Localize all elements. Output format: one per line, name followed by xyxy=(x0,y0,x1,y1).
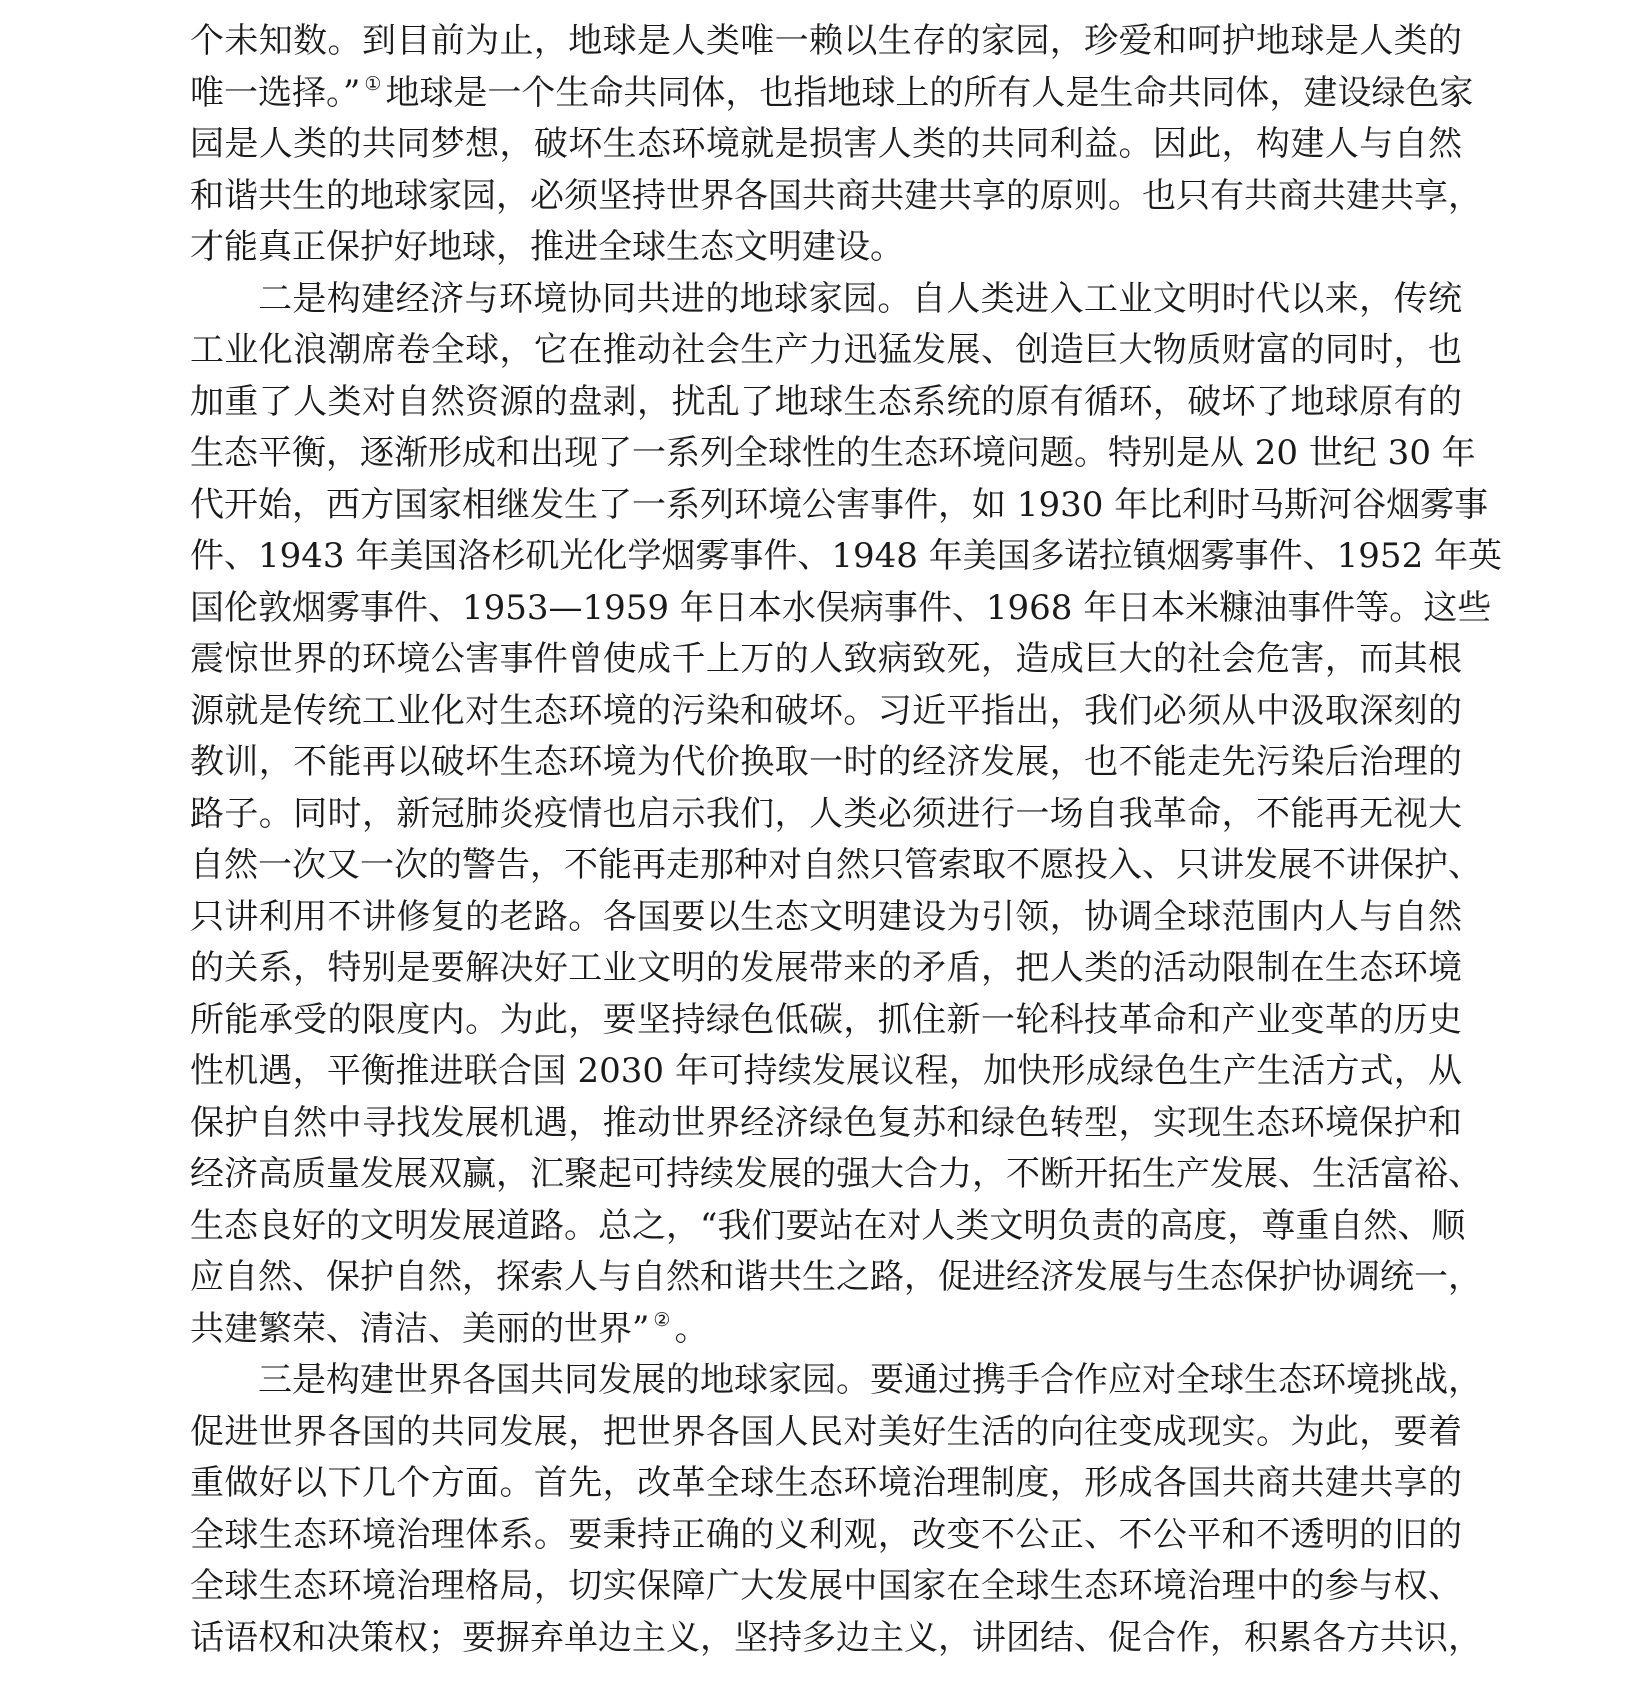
text-segment: 性机遇，平衡推进联合国 2030 年可持续发展议程，加快形成绿色生产生活方式，从 xyxy=(190,1051,1462,1091)
text-line: 促进世界各国的共同发展，把世界各国人民对美好生活的向往变成现实。为此，要着 xyxy=(190,1407,1462,1459)
text-segment: 只讲利用不讲修复的老路。各国要以生态文明建设为引领，协调全球范围内人与自然 xyxy=(190,897,1462,937)
text-segment: 共建繁荣、清洁、美丽的世界” xyxy=(190,1309,649,1349)
text-line: 全球生态环境治理体系。要秉持正确的义利观，改变不公正、不公平和不透明的旧的 xyxy=(190,1510,1462,1562)
text-segment: 三是构建世界各国共同发展的地球家园。要通过携手合作应对全球生态环境挑战， xyxy=(258,1360,1482,1400)
text-line: 国伦敦烟雾事件、1953—1959 年日本水俣病事件、1968 年日本米糠油事件… xyxy=(190,583,1462,635)
text-line: 才能真正保护好地球，推进全球生态文明建设。 xyxy=(190,222,1462,274)
text-segment: 教训，不能再以破坏生态环境为代价换取一时的经济发展，也不能走先污染后治理的 xyxy=(190,742,1462,782)
text-line: 生态良好的文明发展道路。总之，“我们要站在对人类文明负责的高度，尊重自然、顺 xyxy=(190,1201,1462,1253)
text-segment: 应自然、保护自然，探索人与自然和谐共生之路，促进经济发展与生态保护协调统一， xyxy=(190,1257,1482,1297)
text-segment: 个未知数。到目前为止，地球是人类唯一赖以生存的家园，珍爱和呵护地球是人类的 xyxy=(190,21,1462,61)
text-segment: 国伦敦烟雾事件、1953—1959 年日本水俣病事件、1968 年日本米糠油事件… xyxy=(190,588,1491,628)
text-line: 重做好以下几个方面。首先，改革全球生态环境治理制度，形成各国共商共建共享的 xyxy=(190,1458,1462,1510)
text-segment: 重做好以下几个方面。首先，改革全球生态环境治理制度，形成各国共商共建共享的 xyxy=(190,1463,1462,1503)
text-segment: 所能承受的限度内。为此，要坚持绿色低碳，抓住新一轮科技革命和产业变革的历史 xyxy=(190,1000,1462,1040)
text-line: 三是构建世界各国共同发展的地球家园。要通过携手合作应对全球生态环境挑战， xyxy=(190,1355,1462,1407)
text-line: 二是构建经济与环境协同共进的地球家园。自人类进入工业文明时代以来，传统 xyxy=(190,274,1462,326)
text-line: 全球生态环境治理格局，切实保障广大发展中国家在全球生态环境治理中的参与权、 xyxy=(190,1561,1462,1613)
text-segment: 全球生态环境治理体系。要秉持正确的义利观，改变不公正、不公平和不透明的旧的 xyxy=(190,1515,1462,1555)
text-segment: 二是构建经济与环境协同共进的地球家园。自人类进入工业文明时代以来，传统 xyxy=(258,279,1462,319)
text-segment: 地球是一个生命共同体，也指地球上的所有人是生命共同体，建设绿色家 xyxy=(385,73,1473,113)
text-segment: 代开始，西方国家相继发生了一系列环境公害事件，如 1930 年比利时马斯河谷烟雾… xyxy=(190,485,1488,525)
text-segment: 件、1943 年美国洛杉矶光化学烟雾事件、1948 年美国多诺拉镇烟雾事件、19… xyxy=(190,536,1502,576)
text-line: 的关系，特别是要解决好工业文明的发展带来的矛盾，把人类的活动限制在生态环境 xyxy=(190,943,1462,995)
text-line: 源就是传统工业化对生态环境的污染和破坏。习近平指出，我们必须从中汲取深刻的 xyxy=(190,686,1462,738)
text-segment: 全球生态环境治理格局，切实保障广大发展中国家在全球生态环境治理中的参与权、 xyxy=(190,1566,1462,1606)
text-line: 工业化浪潮席卷全球，它在推动社会生产力迅猛发展、创造巨大物质财富的同时，也 xyxy=(190,325,1462,377)
text-segment: 源就是传统工业化对生态环境的污染和破坏。习近平指出，我们必须从中汲取深刻的 xyxy=(190,691,1462,731)
text-segment: 。 xyxy=(674,1309,708,1349)
paragraph: 个未知数。到目前为止，地球是人类唯一赖以生存的家园，珍爱和呵护地球是人类的唯一选… xyxy=(190,16,1462,274)
text-line: 只讲利用不讲修复的老路。各国要以生态文明建设为引领，协调全球范围内人与自然 xyxy=(190,892,1462,944)
text-segment: 震惊世界的环境公害事件曾使成千上万的人致病致死，造成巨大的社会危害，而其根 xyxy=(190,639,1462,679)
text-segment: 加重了人类对自然资源的盘剥，扰乱了地球生态系统的原有循环，破坏了地球原有的 xyxy=(190,382,1462,422)
text-segment: 保护自然中寻找发展机遇，推动世界经济绿色复苏和绿色转型，实现生态环境保护和 xyxy=(190,1103,1462,1143)
text-line: 件、1943 年美国洛杉矶光化学烟雾事件、1948 年美国多诺拉镇烟雾事件、19… xyxy=(190,531,1462,583)
text-segment: 生态良好的文明发展道路。总之，“我们要站在对人类文明负责的高度，尊重自然、顺 xyxy=(190,1206,1465,1246)
text-segment: 工业化浪潮席卷全球，它在推动社会生产力迅猛发展、创造巨大物质财富的同时，也 xyxy=(190,330,1462,370)
text-segment: 的关系，特别是要解决好工业文明的发展带来的矛盾，把人类的活动限制在生态环境 xyxy=(190,948,1462,988)
text-line: 经济高质量发展双赢，汇聚起可持续发展的强大合力，不断开拓生产发展、生活富裕、 xyxy=(190,1149,1462,1201)
text-segment: 路子。同时，新冠肺炎疫情也启示我们，人类必须进行一场自我革命，不能再无视大 xyxy=(190,794,1462,834)
text-line: 加重了人类对自然资源的盘剥，扰乱了地球生态系统的原有循环，破坏了地球原有的 xyxy=(190,377,1462,429)
text-segment: 生态平衡，逐渐形成和出现了一系列全球性的生态环境问题。特别是从 20 世纪 30… xyxy=(190,433,1476,473)
text-segment: 自然一次又一次的警告，不能再走那种对自然只管索取不愿投入、只讲发展不讲保护、 xyxy=(190,845,1482,885)
text-segment: 经济高质量发展双赢，汇聚起可持续发展的强大合力，不断开拓生产发展、生活富裕、 xyxy=(190,1154,1482,1194)
text-line: 个未知数。到目前为止，地球是人类唯一赖以生存的家园，珍爱和呵护地球是人类的 xyxy=(190,16,1462,68)
text-line: 和谐共生的地球家园，必须坚持世界各国共商共建共享的原则。也只有共商共建共享， xyxy=(190,171,1462,223)
text-segment: 唯一选择。” xyxy=(190,73,360,113)
paragraph: 二是构建经济与环境协同共进的地球家园。自人类进入工业文明时代以来，传统工业化浪潮… xyxy=(190,274,1462,1356)
text-line: 共建繁荣、清洁、美丽的世界”②。 xyxy=(190,1304,1462,1356)
text-line: 自然一次又一次的警告，不能再走那种对自然只管索取不愿投入、只讲发展不讲保护、 xyxy=(190,840,1462,892)
text-line: 代开始，西方国家相继发生了一系列环境公害事件，如 1930 年比利时马斯河谷烟雾… xyxy=(190,480,1462,532)
text-line: 保护自然中寻找发展机遇，推动世界经济绿色复苏和绿色转型，实现生态环境保护和 xyxy=(190,1098,1462,1150)
text-segment: 促进世界各国的共同发展，把世界各国人民对美好生活的向往变成现实。为此，要着 xyxy=(190,1412,1462,1452)
text-segment: 才能真正保护好地球，推进全球生态文明建设。 xyxy=(190,227,904,267)
text-line: 所能承受的限度内。为此，要坚持绿色低碳，抓住新一轮科技革命和产业变革的历史 xyxy=(190,995,1462,1047)
text-line: 园是人类的共同梦想，破坏生态环境就是损害人类的共同利益。因此，构建人与自然 xyxy=(190,119,1462,171)
text-line: 教训，不能再以破坏生态环境为代价换取一时的经济发展，也不能走先污染后治理的 xyxy=(190,737,1462,789)
paragraph: 三是构建世界各国共同发展的地球家园。要通过携手合作应对全球生态环境挑战，促进世界… xyxy=(190,1355,1462,1664)
text-line: 唯一选择。”①地球是一个生命共同体，也指地球上的所有人是生命共同体，建设绿色家 xyxy=(190,68,1462,120)
text-segment: 园是人类的共同梦想，破坏生态环境就是损害人类的共同利益。因此，构建人与自然 xyxy=(190,124,1462,164)
text-line: 应自然、保护自然，探索人与自然和谐共生之路，促进经济发展与生态保护协调统一， xyxy=(190,1252,1462,1304)
text-line: 性机遇，平衡推进联合国 2030 年可持续发展议程，加快形成绿色生产生活方式，从 xyxy=(190,1046,1462,1098)
text-segment: 话语权和决策权；要摒弃单边主义，坚持多边主义，讲团结、促合作，积累各方共识， xyxy=(190,1618,1482,1658)
footnote-marker[interactable]: ② xyxy=(653,1309,670,1331)
text-line: 话语权和决策权；要摒弃单边主义，坚持多边主义，讲团结、促合作，积累各方共识， xyxy=(190,1613,1462,1665)
text-line: 震惊世界的环境公害事件曾使成千上万的人致病致死，造成巨大的社会危害，而其根 xyxy=(190,634,1462,686)
document-page: 个未知数。到目前为止，地球是人类唯一赖以生存的家园，珍爱和呵护地球是人类的唯一选… xyxy=(190,16,1462,1664)
footnote-marker[interactable]: ① xyxy=(364,73,381,95)
text-line: 生态平衡，逐渐形成和出现了一系列全球性的生态环境问题。特别是从 20 世纪 30… xyxy=(190,428,1462,480)
text-segment: 和谐共生的地球家园，必须坚持世界各国共商共建共享的原则。也只有共商共建共享， xyxy=(190,176,1482,216)
text-line: 路子。同时，新冠肺炎疫情也启示我们，人类必须进行一场自我革命，不能再无视大 xyxy=(190,789,1462,841)
